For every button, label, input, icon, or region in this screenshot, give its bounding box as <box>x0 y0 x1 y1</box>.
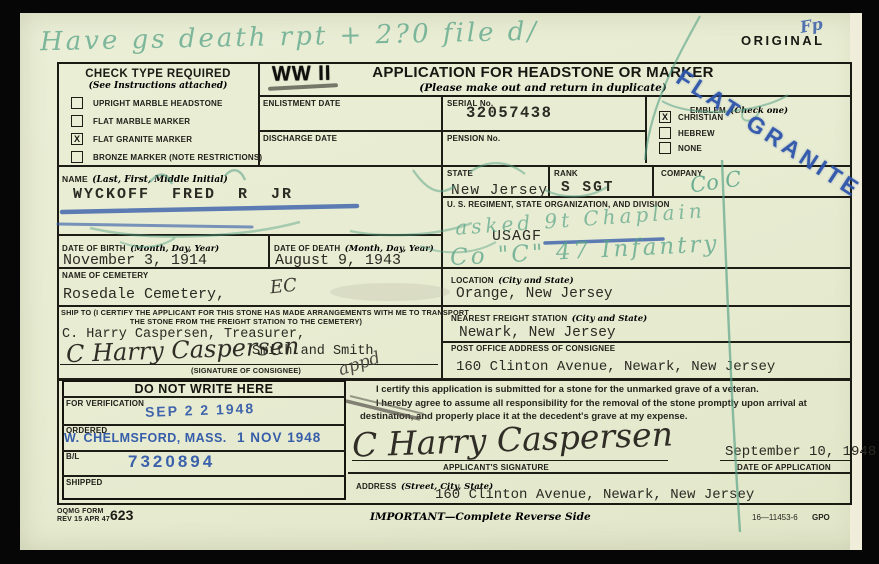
scanned-document: Have gs death rpt + 2?0 file d/ ORIGINAL… <box>0 0 879 564</box>
gpo-label: GPO <box>812 513 830 522</box>
form-revision: REV 15 APR 47 <box>57 516 110 523</box>
applicant-signature-line <box>352 460 668 461</box>
checkbox-christian: X <box>659 111 671 123</box>
cemetery-value: Rosedale Cemetery, <box>63 286 225 303</box>
divider <box>258 62 260 165</box>
freight-station-value: Newark, New Jersey <box>459 325 616 341</box>
death-date-value: August 9, 1943 <box>275 252 401 269</box>
bl-number-stamp: 7320894 <box>128 452 215 472</box>
divider <box>548 165 550 196</box>
address-value: 160 Clinton Avenue, Newark, New Jersey <box>435 487 754 503</box>
checkbox-hebrew <box>659 127 671 139</box>
state-label: STATE <box>447 169 473 178</box>
checkbox-label: BRONZE MARKER (NOTE RESTRICTIONS) <box>93 153 262 162</box>
bl-label: B/L <box>66 452 80 461</box>
state-value: New Jersey <box>451 183 548 199</box>
do-not-write-title: DO NOT WRITE HERE <box>64 382 344 396</box>
ordered-date-stamp: 1 NOV 1948 <box>237 430 321 445</box>
checkbox-upright-marble <box>71 97 83 109</box>
freight-qualifier: (City and State) <box>572 314 647 324</box>
name-qualifier: (Last, First, Middle Initial) <box>92 175 227 185</box>
check-type-title: CHECK TYPE REQUIRED <box>60 68 256 80</box>
form-name: OQMG FORM <box>57 508 104 515</box>
copy-type-label: ORIGINAL <box>741 33 825 48</box>
location-qualifier: (City and State) <box>498 276 573 286</box>
checkbox-label: UPRIGHT MARBLE HEADSTONE <box>93 99 223 108</box>
print-code: 16—11453-6 <box>752 513 798 522</box>
divider <box>57 305 852 307</box>
application-date-line <box>720 460 850 461</box>
discharge-date-label: DISCHARGE DATE <box>263 134 337 143</box>
location-value: Orange, New Jersey <box>456 286 613 302</box>
divider <box>62 396 346 398</box>
checkbox-flat-marble <box>71 115 83 127</box>
divider <box>268 234 270 267</box>
cemetery-label: NAME OF CEMETERY <box>62 271 148 280</box>
divider <box>62 475 346 477</box>
divider <box>645 95 647 163</box>
form-number: 623 <box>110 507 133 523</box>
freight-label-text: NEAREST FREIGHT STATION <box>451 314 567 323</box>
ship-to-label-line2: THE STONE FROM THE FREIGHT STATION TO TH… <box>61 317 431 326</box>
enlistment-date-label: ENLISTMENT DATE <box>263 99 341 108</box>
name-value: WYCKOFF FRED R JR <box>73 186 293 203</box>
checkbox-label: FLAT GRANITE MARKER <box>93 135 192 144</box>
shipped-label: SHIPPED <box>66 478 103 487</box>
divider <box>57 234 443 236</box>
birth-date-value: November 3, 1914 <box>63 252 207 269</box>
freight-station-label: NEAREST FREIGHT STATION (City and State) <box>451 308 647 326</box>
address-label-text: ADDRESS <box>356 482 397 491</box>
cemetery-handwritten-note: EC <box>269 275 298 299</box>
for-verification-label: FOR VERIFICATION <box>66 399 144 408</box>
ordered-place-stamp: W. CHELMSFORD, MASS. <box>64 431 227 445</box>
divider <box>258 95 852 97</box>
certification-statement-1: I certify this application is submitted … <box>360 383 850 397</box>
checkbox-label: FLAT MARBLE MARKER <box>93 117 190 126</box>
rank-value: S SGT <box>561 180 615 196</box>
divider <box>441 95 443 378</box>
applicant-signature-label: APPLICANT'S SIGNATURE <box>443 463 549 472</box>
application-date-label: DATE OF APPLICATION <box>737 463 831 472</box>
divider <box>258 130 647 132</box>
name-label: NAME (Last, First, Middle Initial) <box>62 169 228 187</box>
handwritten-corner-mark: Fp <box>799 14 825 37</box>
location-label-text: LOCATION <box>451 276 494 285</box>
po-address-label: POST OFFICE ADDRESS OF CONSIGNEE <box>451 344 615 353</box>
divider <box>348 472 852 474</box>
checkbox-none <box>659 142 671 154</box>
footer-note: IMPORTANT—Complete Reverse Side <box>370 511 591 523</box>
rank-label: RANK <box>554 169 578 178</box>
name-label-text: NAME <box>62 174 88 184</box>
application-date-value: September 10, 1948 <box>725 444 876 460</box>
checkbox-flat-granite: X <box>71 133 83 145</box>
pension-no-label: PENSION No. <box>447 134 500 143</box>
divider <box>652 165 654 196</box>
serial-no-value: 32057438 <box>466 104 552 122</box>
emblem-option-label: HEBREW <box>678 129 715 138</box>
po-address-value: 160 Clinton Avenue, Newark, New Jersey <box>456 359 775 375</box>
checkbox-bronze <box>71 151 83 163</box>
check-type-subtitle: (See Instructions attached) <box>60 81 256 91</box>
divider <box>441 341 852 343</box>
emblem-option-label: NONE <box>678 144 702 153</box>
ship-to-label-line1: SHIP TO (I CERTIFY THE APPLICANT FOR THI… <box>61 308 469 317</box>
